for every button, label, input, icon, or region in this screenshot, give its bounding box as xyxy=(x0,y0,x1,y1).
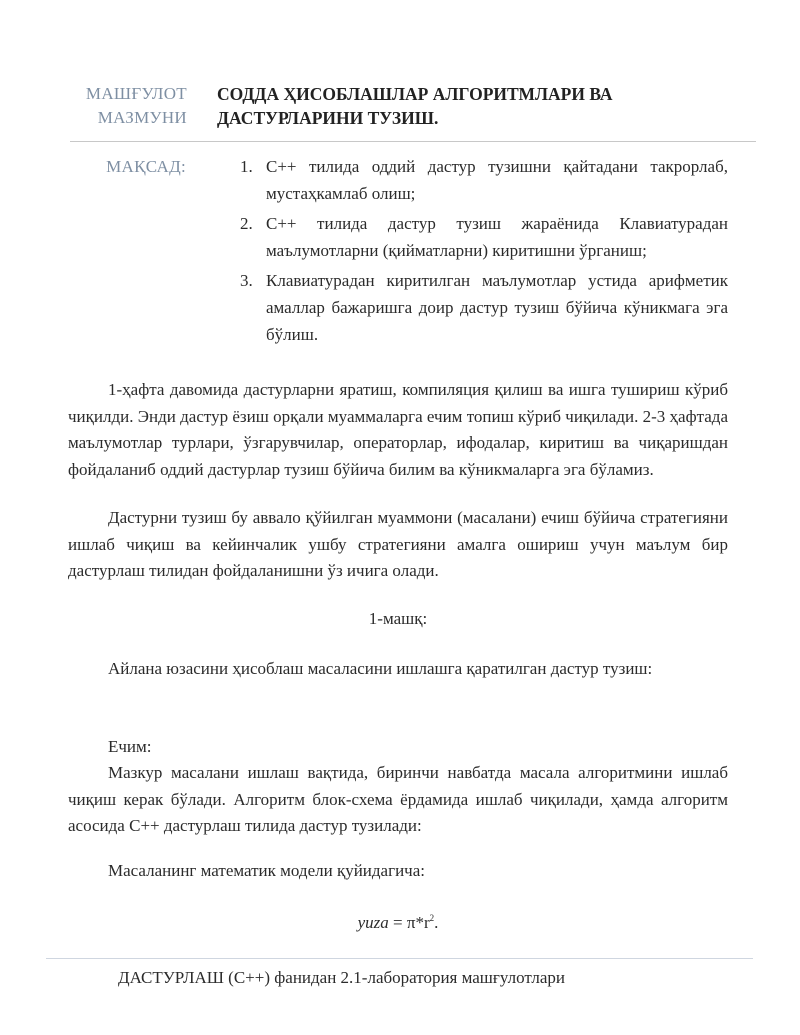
goal-item: 2. C++ тилида дастур тузиш жараёнида Кла… xyxy=(240,210,728,264)
page-title-line2: ДАСТУРЛАРИНИ ТУЗИШ. xyxy=(217,106,737,130)
page-title: СОДДА ҲИСОБЛАШЛАР АЛГОРИТМЛАРИ ВА ДАСТУР… xyxy=(217,82,737,130)
page-title-line1: СОДДА ҲИСОБЛАШЛАР АЛГОРИТМЛАРИ ВА xyxy=(217,82,737,106)
formula: yuza = π*r2. xyxy=(68,910,728,936)
goal-list: 1. C++ тилида оддий дастур тузишни қайта… xyxy=(240,153,728,351)
goal-label: МАҚСАД: xyxy=(60,153,186,180)
section-label-content: МАШҒУЛОТ МАЗМУНИ xyxy=(60,82,187,130)
goal-number: 1. xyxy=(240,153,253,180)
goal-number: 2. xyxy=(240,210,253,237)
section-label-line2: МАЗМУНИ xyxy=(60,106,187,130)
document-page: МАШҒУЛОТ МАЗМУНИ СОДДА ҲИСОБЛАШЛАР АЛГОР… xyxy=(0,0,800,1035)
goal-number: 3. xyxy=(240,267,253,294)
page-footer: ДАСТУРЛАШ (C++) фанидан 2.1-лаборатория … xyxy=(118,966,565,990)
goal-text: Клавиатурадан киритилган маълумотлар уст… xyxy=(266,271,728,344)
goal-item: 3. Клавиатурадан киритилган маълумотлар … xyxy=(240,267,728,348)
goal-text: C++ тилида оддий дастур тузишни қайтадан… xyxy=(266,157,728,203)
formula-end: . xyxy=(434,913,438,932)
formula-rhs: = π*r xyxy=(389,913,430,932)
solution-paragraph: Мазкур масалани ишлаш вақтида, биринчи н… xyxy=(68,760,728,840)
header-divider xyxy=(70,141,756,142)
footer-divider xyxy=(46,958,753,959)
intro-paragraph: 1-ҳафта давомида дастурларни яратиш, ком… xyxy=(68,377,728,483)
formula-variable: yuza xyxy=(358,913,389,932)
definition-paragraph: Дастурни тузиш бу аввало қўйилган муаммо… xyxy=(68,505,728,585)
section-label-line1: МАШҒУЛОТ xyxy=(60,82,187,106)
exercise-title: 1-машқ: xyxy=(68,606,728,632)
solution-label: Ечим: xyxy=(68,734,728,761)
goal-item: 1. C++ тилида оддий дастур тузишни қайта… xyxy=(240,153,728,207)
goal-text: C++ тилида дастур тузиш жараёнида Клавиа… xyxy=(266,214,728,260)
task-statement: Айлана юзасини ҳисоблаш масаласини ишлаш… xyxy=(68,656,728,683)
model-intro: Масаланинг математик модели қуйидагича: xyxy=(68,858,728,885)
